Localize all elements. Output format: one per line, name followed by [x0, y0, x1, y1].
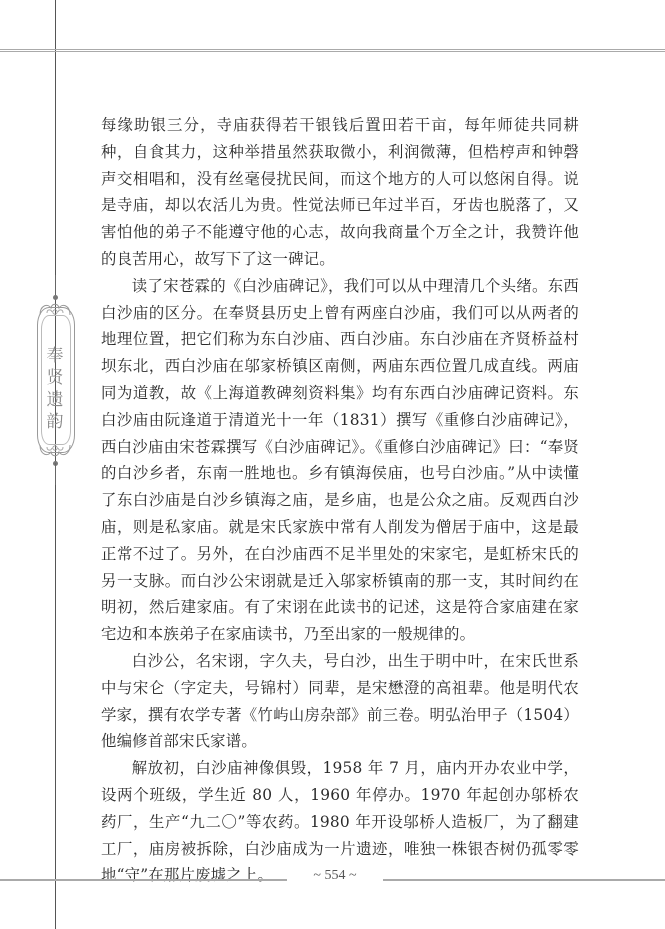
footer-rule-right	[383, 879, 665, 881]
section-title-char: 遗	[42, 389, 68, 411]
footer-rule-left	[0, 879, 287, 881]
section-title-char: 韵	[42, 411, 68, 433]
page-number: ~ 554 ~	[287, 868, 383, 884]
section-title-char: 贤	[42, 367, 68, 389]
paragraph: 每缘助银三分，寺庙获得若干银钱后置田若干亩，每年师徒共同耕种，自食其力，这种举措…	[101, 112, 579, 273]
badge-stem-top	[55, 275, 56, 297]
paragraph: 读了宋苍霖的《白沙庙碑记》，我们可以从中理清几个头绪。东西白沙庙的区分。在奉贤县…	[101, 273, 579, 648]
badge-stem-bottom	[55, 463, 56, 485]
article-body: 每缘助银三分，寺庙获得若干银钱后置田若干亩，每年师徒共同耕种，自食其力，这种举措…	[101, 112, 579, 889]
section-title-badge: 奉 贤 遗 韵	[30, 285, 80, 475]
paragraph: 白沙公，名宋诩，字久夫，号白沙，出生于明中叶，在宋氏世系中与宋仑（字定夫，号锦村…	[101, 648, 579, 755]
cloud-scroll-ornament-icon	[38, 443, 72, 461]
section-title-vertical: 奉 贤 遗 韵	[42, 345, 68, 433]
header-double-rule	[0, 49, 665, 52]
section-title-char: 奉	[42, 345, 68, 367]
